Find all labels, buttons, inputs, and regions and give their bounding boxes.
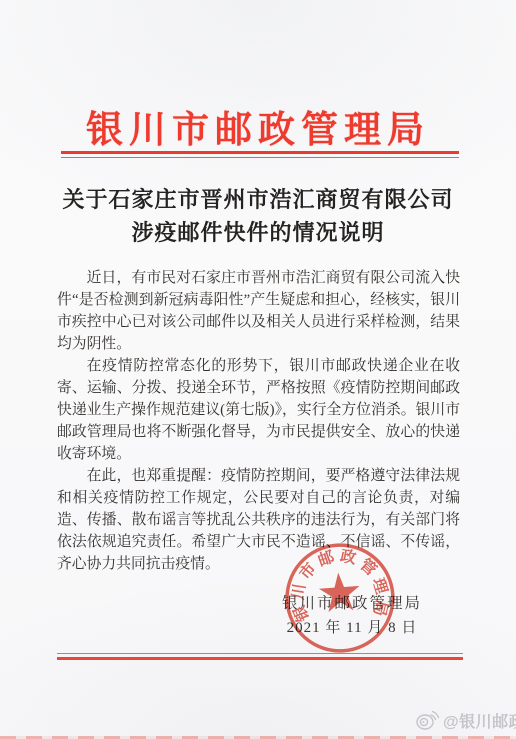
paragraph: 近日，有市民对石家庄市晋州市浩汇商贸有限公司流入快件“是否检测到新冠病毒阳性”产… — [57, 267, 460, 355]
official-seal: 银川市邮政管理局 — [277, 535, 403, 661]
seal-star — [318, 571, 361, 612]
document-photo: 银川市邮政管理局 关于石家庄市晋州市浩汇商贸有限公司 涉疫邮件快件的情况说明 近… — [0, 0, 516, 739]
footer-rule-thin — [57, 653, 463, 654]
weibo-icon — [414, 707, 440, 733]
document-body: 近日，有市民对石家庄市晋州市浩汇商贸有限公司流入快件“是否检测到新冠病毒阳性”产… — [57, 267, 460, 575]
header-rule-thin — [61, 157, 459, 158]
document-title: 关于石家庄市晋州市浩汇商贸有限公司 涉疫邮件快件的情况说明 — [40, 183, 476, 249]
watermark-handle: @银川邮政 — [443, 709, 516, 732]
footer-rule-thick — [57, 657, 463, 660]
header-rule-thick — [61, 151, 459, 154]
svg-text:局: 局 — [370, 598, 391, 618]
svg-text:川: 川 — [289, 582, 309, 600]
paragraph: 在此，也郑重提醒：疫情防控期间，要严格遵守法律法规和相关疫情防控工作规定，公民要… — [57, 465, 460, 575]
seal-graphic: 银川市邮政管理局 — [277, 535, 403, 661]
watermark: @银川邮政 — [414, 707, 516, 733]
paragraph: 在疫情防控常态化的形势下，银川市邮政快递企业在收寄、运输、分拨、投递全环节，严格… — [57, 355, 460, 465]
document-title-line1: 关于石家庄市晋州市浩汇商贸有限公司 — [40, 183, 476, 216]
agency-header: 银川市邮政管理局 — [0, 99, 516, 153]
document-title-line2: 涉疫邮件快件的情况说明 — [40, 216, 476, 249]
